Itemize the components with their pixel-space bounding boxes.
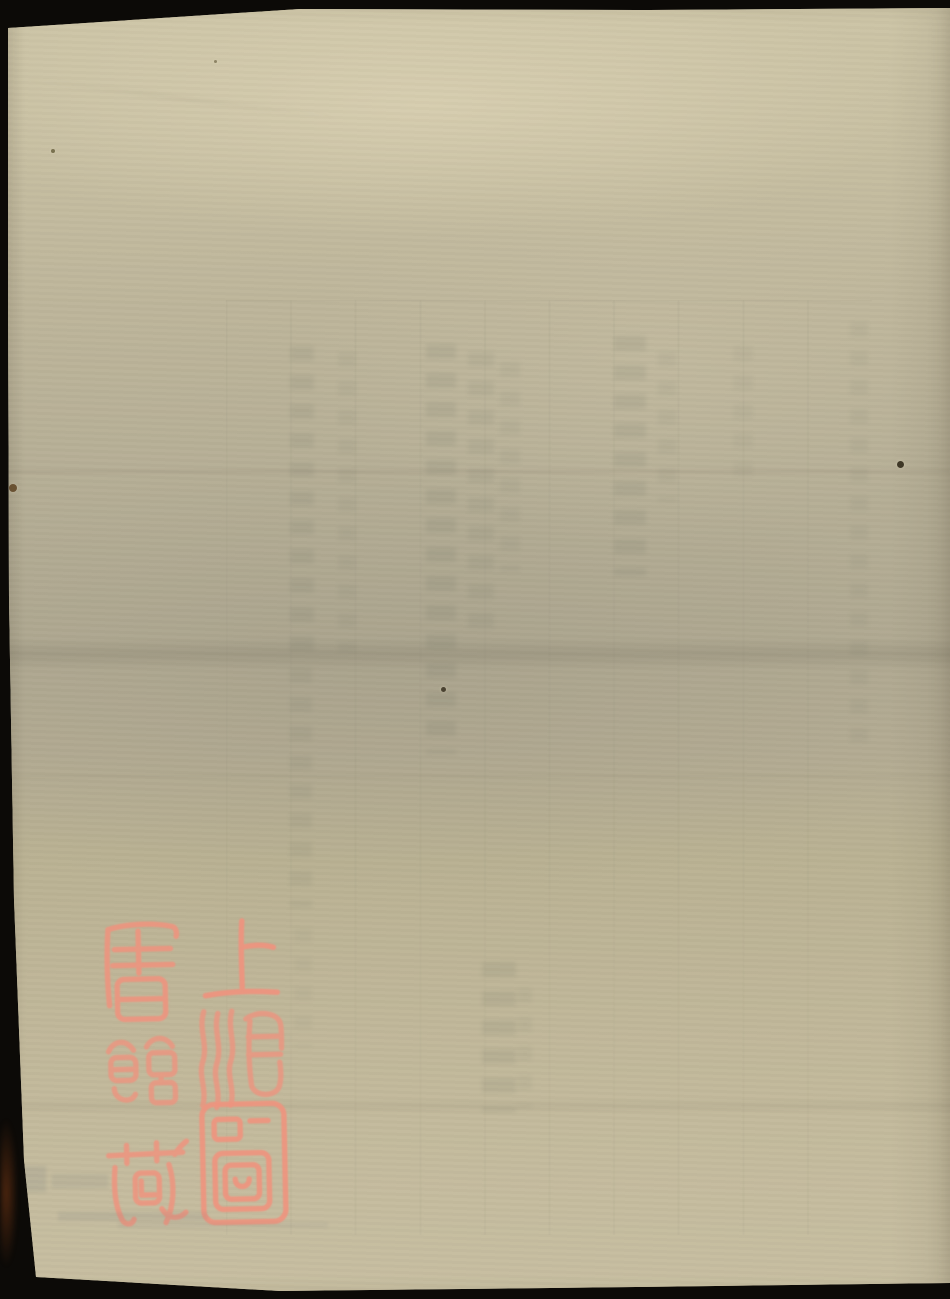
wormhole-speck [51,149,55,153]
wormhole-speck [897,461,904,468]
scanner-canvas [0,0,950,1299]
wormhole-speck [9,484,17,492]
bleedthrough-text-column [468,352,494,632]
bleedthrough-text-column [294,928,312,1048]
bleedthrough-text-column [614,336,646,576]
seal-char-shang [204,920,278,995]
bleedthrough-text-column [426,344,456,754]
bleedthrough-text-column [850,322,868,742]
paper-crease [0,775,950,777]
bleedthrough-text-column [290,668,312,908]
bleedthrough-text-column [658,352,676,502]
bleedthrough-text-column [482,962,516,1112]
bleedthrough-text-column [290,346,314,656]
bleedthrough-grid [226,300,872,1235]
scanner-margin-stain [0,1118,18,1268]
bleedthrough-text-column [500,362,520,572]
seal-char-tu [202,1103,286,1223]
bleedthrough-text-column [733,346,753,476]
paper-crease [0,470,950,473]
library-seal-stamp [92,906,295,1240]
seal-char-shu [106,924,178,1020]
wormhole-speck [214,60,217,63]
seal-char-guan [108,1038,175,1104]
paper-page [0,0,950,1299]
bleedthrough-text-column [338,352,356,652]
wormhole-speck [441,687,446,692]
seal-char-hai [200,1010,283,1108]
pencil-smudge [18,1166,46,1192]
paper-wrinkle [17,76,345,121]
seal-char-cang [108,1141,188,1224]
paper-fold-shadow [0,638,950,670]
bleedthrough-text-column [518,988,532,1108]
